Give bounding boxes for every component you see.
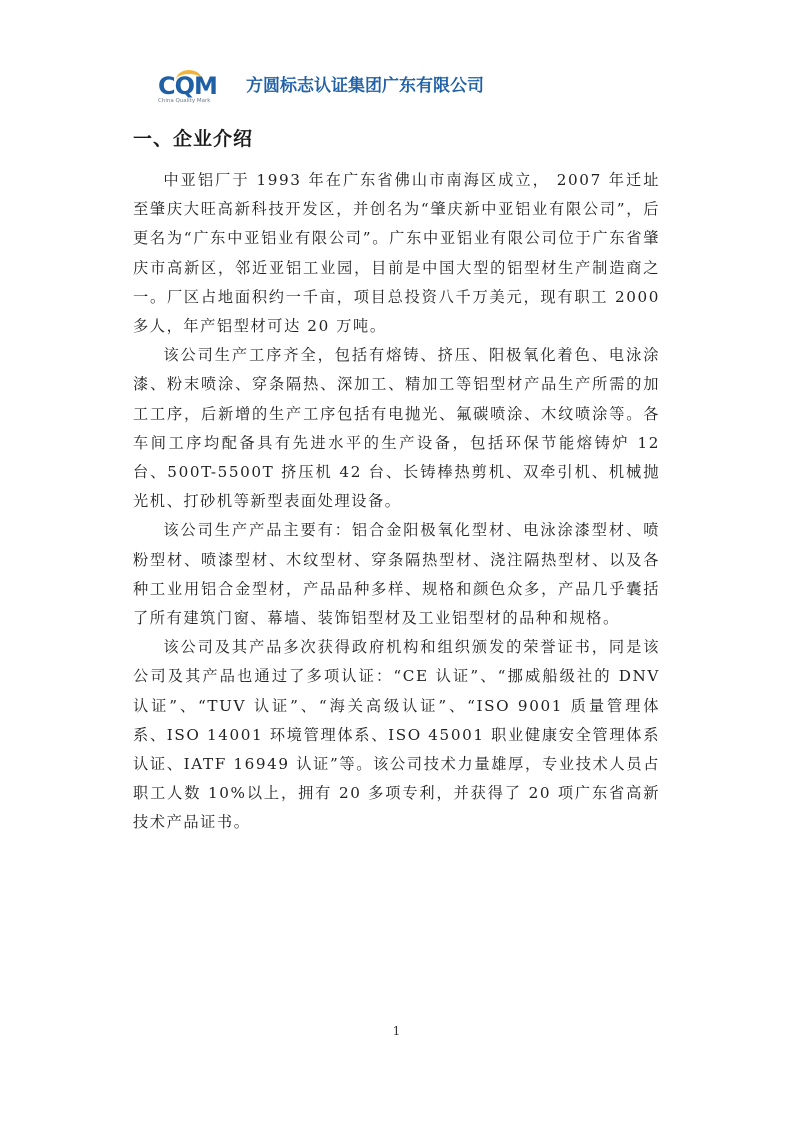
paragraph-certifications: 该公司及其产品多次获得政府机构和组织颁发的荣誉证书，同是该公司及其产品也通过了多… [133, 633, 660, 837]
page-number: 1 [0, 1024, 793, 1038]
cqm-logo: CQM China Quality Mark [158, 70, 242, 106]
paragraph-products: 该公司生产产品主要有：铝合金阳极氧化型材、电泳涂漆型材、喷粉型材、喷漆型材、木纹… [133, 516, 660, 633]
document-body: 中亚铝厂于 1993 年在广东省佛山市南海区成立， 2007 年迁址至肇庆大旺高… [133, 166, 660, 838]
paragraph-production-process: 该公司生产工序齐全，包括有熔铸、挤压、阳极氧化着色、电泳涂漆、粉末喷涂、穿条隔热… [133, 341, 660, 516]
section-title: 一、企业介绍 [133, 124, 253, 151]
logo-subtitle: China Quality Mark [158, 98, 210, 104]
logo-text: CQM [158, 74, 217, 98]
paragraph-company-history: 中亚铝厂于 1993 年在广东省佛山市南海区成立， 2007 年迁址至肇庆大旺高… [133, 166, 660, 341]
company-name: 方圆标志认证集团广东有限公司 [246, 76, 484, 106]
page-header: CQM China Quality Mark 方圆标志认证集团广东有限公司 [158, 70, 484, 106]
